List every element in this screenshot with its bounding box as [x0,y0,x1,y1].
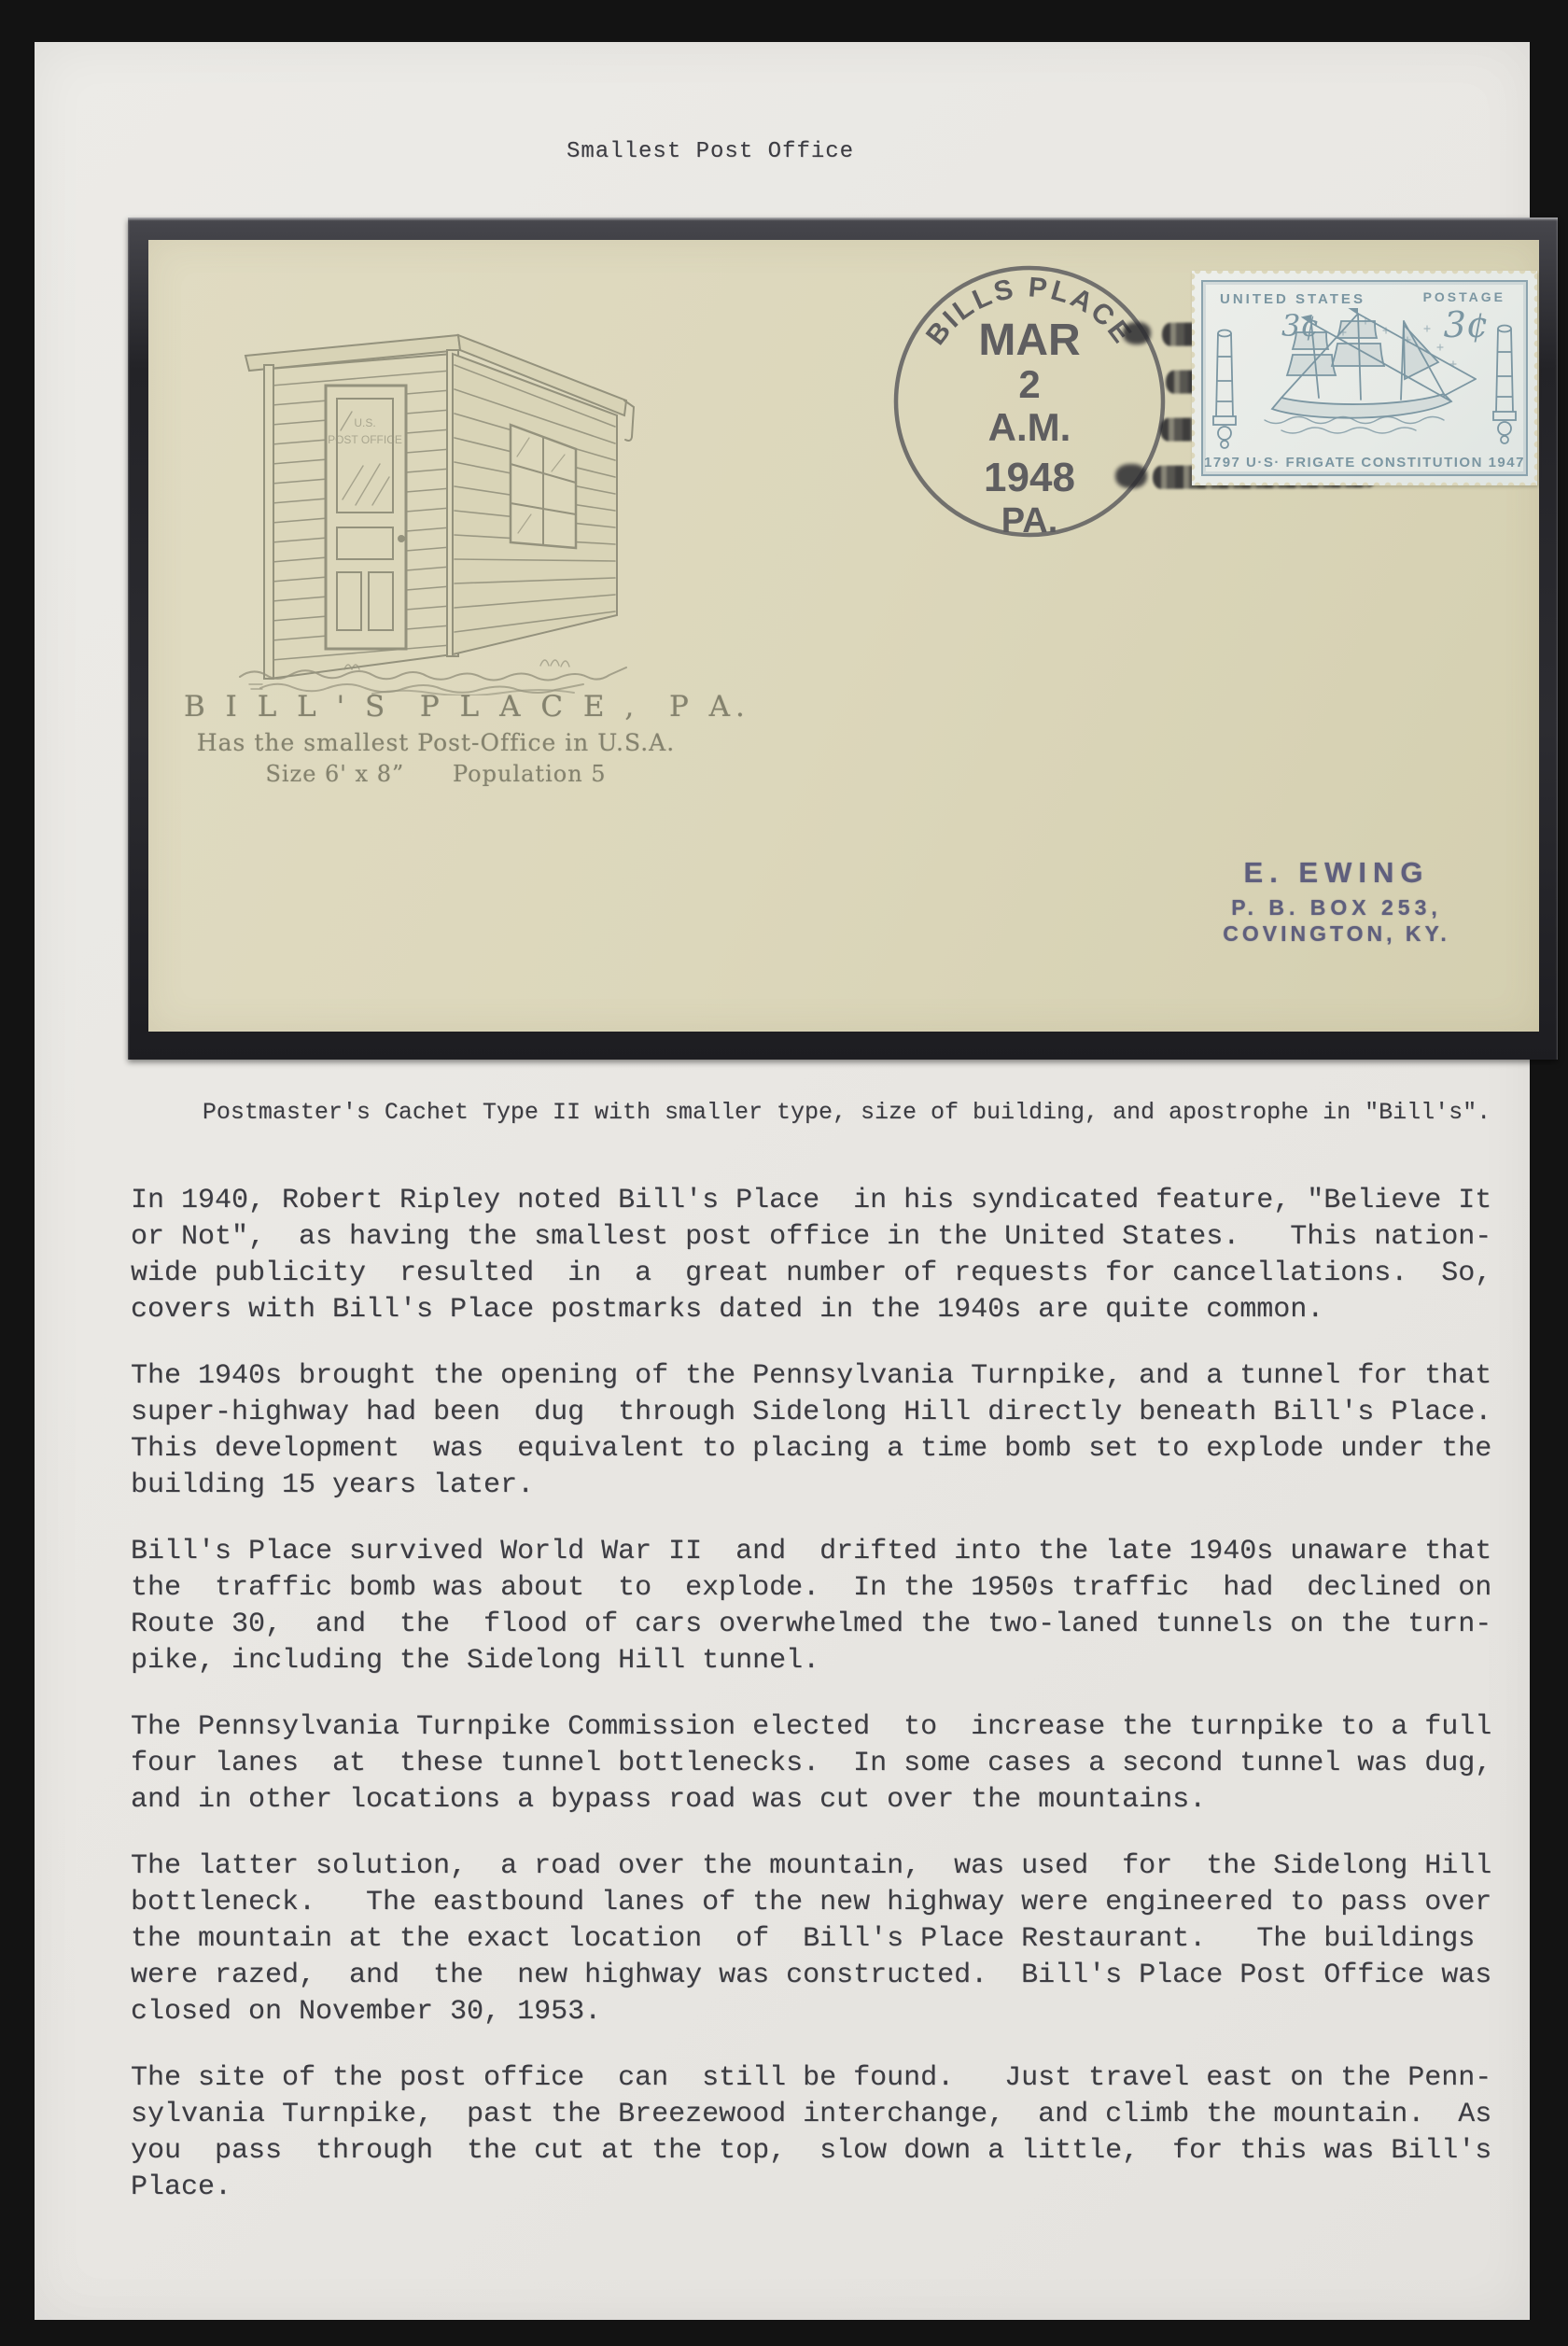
address-line2: P. B. BOX 253, [1136,895,1537,920]
cannon-icon [1209,325,1240,450]
cancellation-ink-blob [1123,322,1151,344]
stamp-postage-label: POSTAGE [1423,289,1505,304]
address-name: E. EWING [1136,856,1537,890]
cachet-subline: Has the smallest Post-Office in U.S.A. [184,729,688,756]
page-title: Smallest Post Office [567,139,854,164]
photo-caption: Postmaster's Cachet Type II with smaller… [128,1099,1565,1126]
address-line3: COVINGTON, KY. [1136,921,1537,947]
cachet-sizeline: Size 6' x 8” Population 5 [184,761,688,787]
body-text: In 1940, Robert Ripley noted Bill's Plac… [131,1183,1568,2236]
postmark-year: 1948 [984,455,1075,500]
post-office-building-illustration: U.S. POST OFFICE [232,307,658,695]
postage-stamp: UNITED STATES 3¢ POSTAGE 3¢ 1797 U·S· FR… [1192,271,1537,485]
cancellation-ink-blob [1115,464,1147,488]
door-sign-line1: U.S. [354,416,375,429]
door-sign-line2: POST OFFICE [328,433,402,446]
postmark-meridiem: A.M. [988,405,1071,449]
cannon-icon [1489,316,1520,450]
frigate-ship-illustration [1253,308,1477,448]
postmark-day: 2 [1018,362,1040,406]
cover-photo-mount: U.S. POST OFFICE [128,218,1558,1060]
paragraph: In 1940, Robert Ripley noted Bill's Plac… [131,1183,1568,1328]
stamp-banner: 1797 U·S· FRIGATE CONSTITUTION 1947 [1192,455,1537,471]
postmark: BILLS PLACE MAR 2 A.M. 1948 PA. [880,241,1179,558]
paragraph: The 1940s brought the opening of the Pen… [131,1358,1568,1504]
paragraph: The site of the post office can still be… [131,2060,1568,2206]
paragraph: Bill's Place survived World War II and d… [131,1534,1568,1679]
scanned-album-page: Smallest Post Office [0,0,1568,2346]
paragraph: The Pennsylvania Turnpike Commission ele… [131,1709,1568,1819]
stamp-country-label: UNITED STATES [1220,291,1365,307]
cachet-heading: B I L L ' S P L A C E , P A. [184,690,688,723]
postmark-state: PA. [1001,501,1058,541]
paragraph: The latter solution, a road over the mou… [131,1848,1568,2030]
postmark-month: MAR [978,316,1080,365]
album-page: Smallest Post Office [35,42,1530,2320]
